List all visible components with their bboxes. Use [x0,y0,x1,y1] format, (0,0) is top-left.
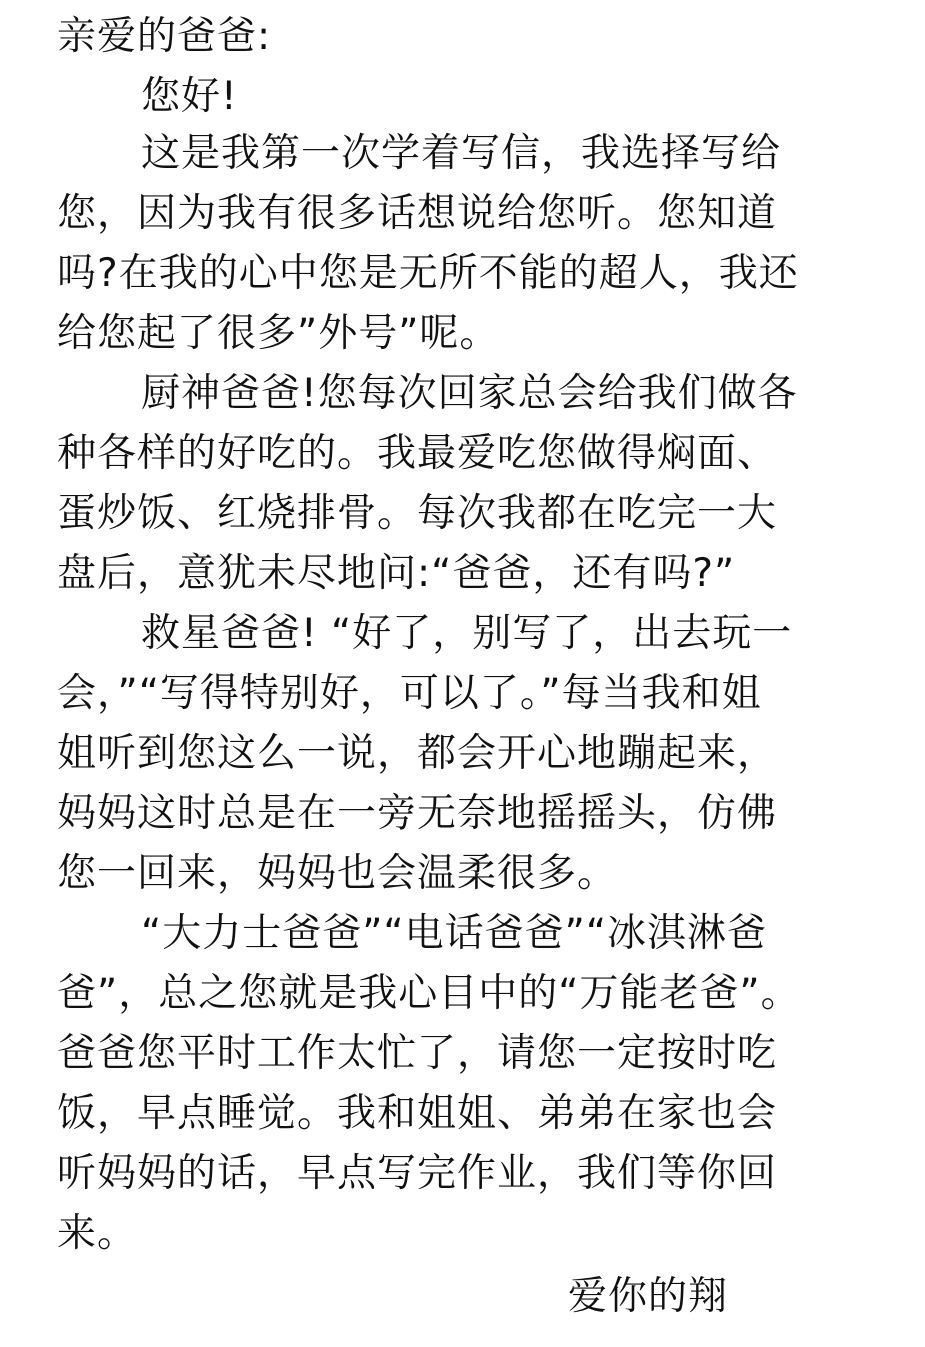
paragraph-1-line-4: 给您起了很多”外号”呢。 [57,309,499,359]
letter-page: 亲爱的爸爸: 您好! 这是我第一次学着写信，我选择写给 您，因为我有很多话想说给… [0,0,925,1347]
paragraph-4-line-3: 爸爸您平时工作太忙了，请您一定按时吃 [57,1029,777,1079]
paragraph-1-line-3: 吗?在我的心中您是无所不能的超人，我还 [57,249,799,299]
paragraph-3-line-1: 救星爸爸! “好了，别写了，出去玩一 [141,609,792,659]
signature: 爱你的翔 [568,1272,728,1322]
salutation: 亲爱的爸爸: [57,12,271,62]
paragraph-4-line-5: 听妈妈的话，早点写完作业，我们等你回 [57,1149,777,1199]
paragraph-2-line-2: 种各样的好吃的。我最爱吃您做得焖面、 [57,429,777,479]
paragraph-4-line-6: 来。 [57,1209,137,1259]
paragraph-2-line-4: 盘后，意犹未尽地问:“爸爸，还有吗?” [57,549,735,599]
paragraph-3-line-2: 会，”“写得特别好，可以了。”每当我和姐 [57,669,762,719]
paragraph-2-line-3: 蛋炒饭、红烧排骨。每次我都在吃完一大 [57,489,777,539]
paragraph-3-line-5: 您一回来，妈妈也会温柔很多。 [57,849,617,899]
paragraph-4-line-4: 饭，早点睡觉。我和姐姐、弟弟在家也会 [57,1089,777,1139]
paragraph-1-line-2: 您，因为我有很多话想说给您听。您知道 [57,189,777,239]
paragraph-3-line-3: 姐听到您这么一说，都会开心地蹦起来， [57,729,777,779]
paragraph-4-line-1: “大力士爸爸”“电话爸爸”“冰淇淋爸 [141,909,767,959]
greeting: 您好! [141,72,238,122]
paragraph-3-line-4: 妈妈这时总是在一旁无奈地摇摇头，仿佛 [57,789,777,839]
paragraph-4-line-2: 爸”，总之您就是我心目中的“万能老爸”。 [57,969,801,1019]
paragraph-1-line-1: 这是我第一次学着写信，我选择写给 [141,129,781,179]
paragraph-2-line-1: 厨神爸爸!您每次回家总会给我们做各 [141,369,798,419]
